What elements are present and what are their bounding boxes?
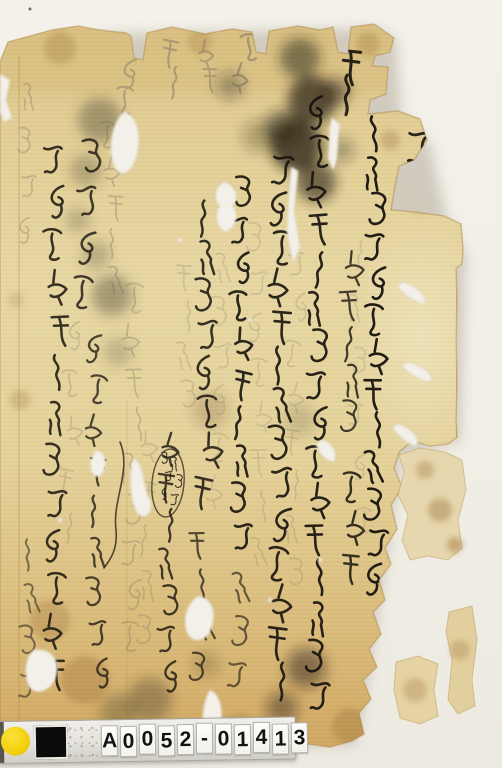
label-tile: 1 [272, 723, 289, 754]
catalog-number: A 0 0 5 2 - 0 1 4 1 3 [101, 722, 308, 756]
label-tile: 3 [291, 722, 308, 753]
label-tile: 1 [234, 724, 251, 755]
label-tile: 0 [120, 726, 137, 757]
strip-speckles [65, 723, 102, 758]
manuscript-photo: A 0 0 5 2 - 0 1 4 1 3 [0, 0, 502, 768]
calibration-yellow-dot [1, 726, 30, 755]
label-tile: 5 [158, 725, 175, 756]
archival-label-strip: A 0 0 5 2 - 0 1 4 1 3 [0, 716, 296, 764]
label-tile: 4 [253, 722, 270, 753]
label-tile: 2 [177, 724, 194, 755]
calibration-black-square [34, 725, 69, 760]
label-tile: 0 [139, 724, 156, 755]
manuscript-artwork [0, 0, 502, 768]
label-tile: A [101, 725, 118, 756]
label-tile: - [196, 723, 213, 754]
dust-speck [29, 8, 32, 11]
label-tile: 0 [215, 723, 232, 754]
